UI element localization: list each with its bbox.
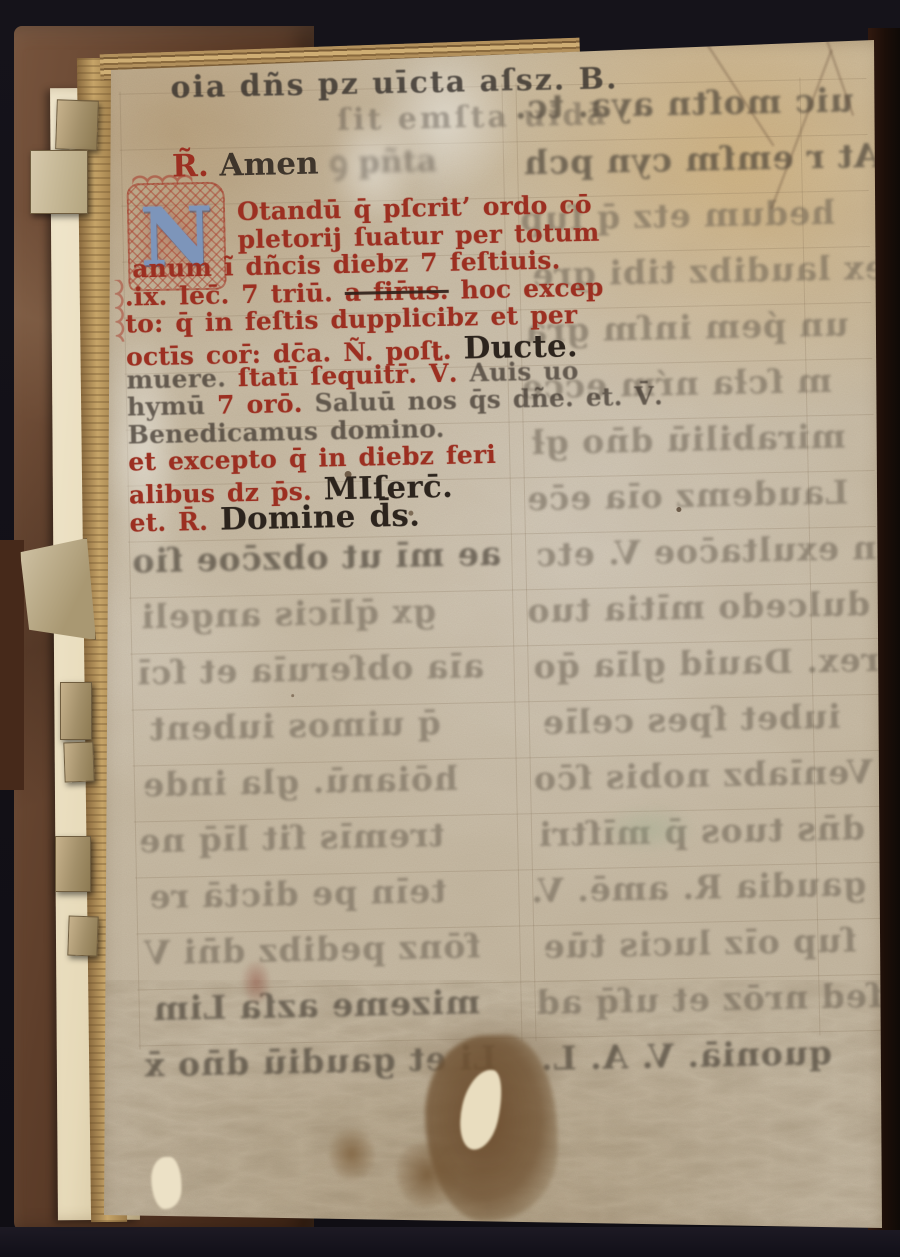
ghost-text-line: ae mī ut obzc̄oe ſio [131, 534, 501, 581]
page-content: uic moſtn aya. tc.At r emſm cyn pchhedum… [90, 32, 895, 1240]
manuscript-photo: uic moſtn aya. tc.At r emſm cyn pchhedum… [0, 0, 900, 1257]
ghost-text-line: aīa obſeruīa et ſcī [136, 646, 484, 692]
ghost-text-line: mirabiliū dn̄o gł [531, 417, 846, 463]
book-cover-flap [0, 540, 24, 790]
ghost-text-line: dn̄s tuos p̄ mīſtri [538, 808, 866, 854]
index-tab-4 [60, 682, 92, 740]
index-tab-2 [30, 150, 88, 214]
manuscript-page: uic moſtn aya. tc.At r emſm cyn pchhedum… [102, 40, 882, 1232]
ghost-text-line: ſup oīz lucis tūe [542, 920, 857, 966]
ghost-text-line: quoniā. V. A. L. [539, 1033, 832, 1078]
response-segment: ꝯ pñta [318, 143, 437, 181]
rubric-segment: a fir̄us. [345, 276, 449, 307]
response-amen-line: R̃. Amen ꝯ pñta [172, 139, 438, 187]
ghost-text-line: dulcedo mītia tuo [526, 584, 870, 630]
ghost-text-line: q̄ uimos iubent [148, 703, 441, 748]
ghost-text-line: Laudemz oīa ec̄e [526, 473, 849, 519]
ghost-text-line: mizeme azſa Lim [152, 982, 480, 1028]
ghost-text-line: rex. Dauid glīa q̄o [532, 640, 879, 686]
index-tab-3 [20, 538, 96, 640]
ghost-text-line: teīn pe dictā re [148, 871, 447, 916]
stain-small-2 [396, 1141, 459, 1208]
backdrop-bottom [0, 1227, 900, 1257]
parchment-hole [151, 1157, 182, 1210]
ghost-text-line: in exultac̄oe V. etc [535, 528, 890, 574]
stain-green [602, 806, 695, 852]
rubric-segment: hoc excep [448, 272, 603, 304]
rubric-segment: hymū [127, 391, 218, 422]
rubric-segment: muere. [126, 363, 238, 394]
ghost-text-line: fōnz pedibz dn̄i V [143, 926, 481, 972]
ghost-text-line: ſed nrōz et uſq̄ ad [535, 976, 882, 1022]
rubric-segment: Domine d̄s. [220, 497, 421, 537]
index-tab-7 [67, 915, 98, 956]
ghost-text-line: At r emſm cyn pch [523, 136, 880, 182]
index-tab-6 [55, 836, 91, 892]
rubric-segment: 7 orō. [217, 389, 315, 420]
ghost-text-line: gaudia R. amē. V. [530, 864, 867, 910]
ghost-text-line: hōianū. gla inde [142, 759, 459, 805]
ghost-text-line: Venīabz nobis ſc̄o [533, 752, 874, 798]
ghost-text-line: tremīs ſit līq̄ ne [138, 815, 445, 860]
ghost-text-line: iubet ſpes celīe [541, 697, 841, 742]
ghost-text-line: gx q̄līcis angeli [140, 591, 436, 636]
faded-header-line-2: ſit emſta uidā [337, 97, 609, 138]
penwork-crown-flourish [132, 156, 193, 185]
rubric-segment: et. R̄. [129, 506, 220, 537]
stain-reddish [242, 961, 271, 1004]
stain-small-1 [328, 1128, 375, 1181]
rubric-text-block: Otandū q̄ pſcrit’ ordo cōpletorij ſuatur… [123, 191, 530, 530]
index-tab-5 [63, 741, 94, 782]
rubric-segment: Auis uo [469, 356, 579, 387]
response-segment: Amen [208, 146, 319, 184]
index-tab-1 [55, 99, 99, 150]
